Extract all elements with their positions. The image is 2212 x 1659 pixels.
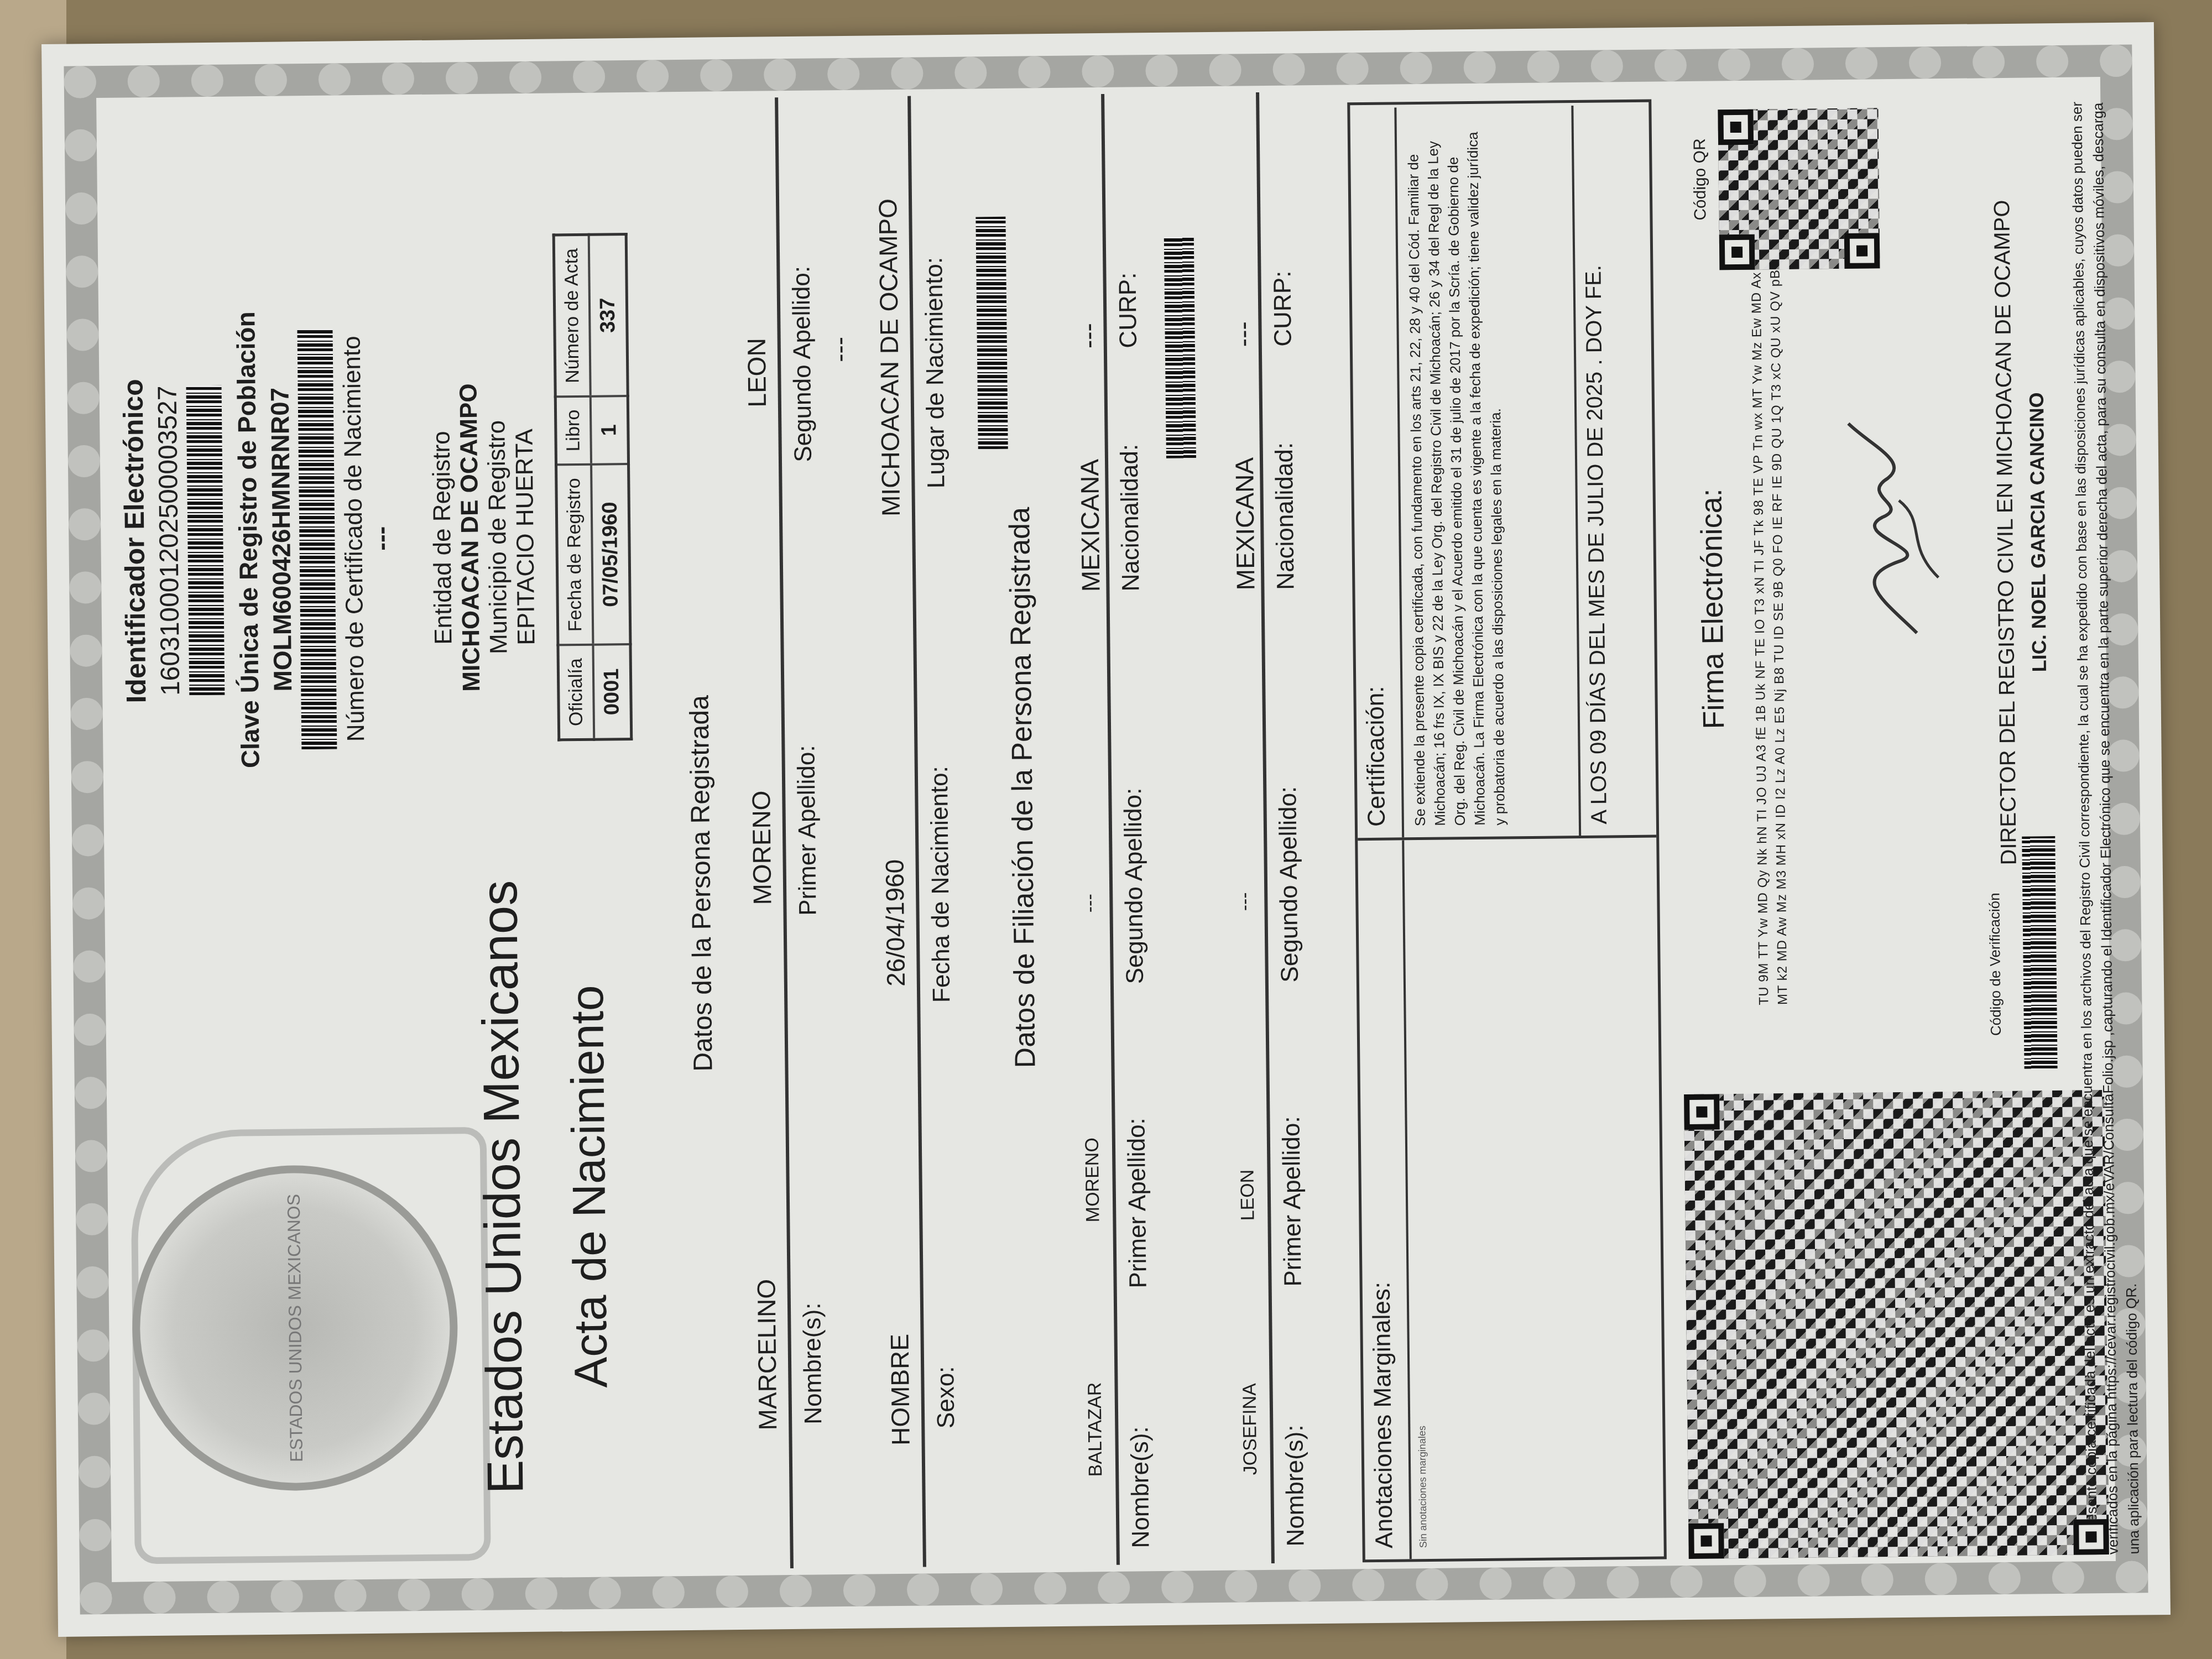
primer-apellido-label: Primer Apellido: (1123, 1118, 1152, 1288)
barcode-icon (1164, 237, 1196, 458)
lugar-nac-label: Lugar de Nacimiento: (920, 257, 950, 489)
curp-label: CURP: (1269, 270, 1297, 346)
table-cell: 337 (589, 234, 628, 396)
madre-curp: --- (1228, 321, 1258, 347)
nombre-label: Nombre(s): (1281, 1425, 1310, 1547)
filiacion-section-title: Datos de Filiación de la Persona Registr… (1003, 507, 1042, 1068)
country-title: Estados Unidos Mexicanos (471, 880, 535, 1494)
lugar-nac-value: MICHOACAN DE OCAMPO (873, 199, 906, 517)
director-name: LIC. NOEL GARCIA CANCINO (2022, 117, 2054, 947)
nacionalidad-label: Nacionalidad: (1271, 442, 1300, 590)
madre-nombre: JOSEFINA (1239, 1383, 1261, 1475)
curp-label: Clave Única de Registro de Población (229, 131, 267, 949)
primer-apellido-label: Primer Apellido: (792, 745, 822, 916)
certificacion-text: Se extiende la presente copia certificad… (1403, 123, 1510, 826)
nombre-label: Nombre(s): (1126, 1426, 1155, 1548)
barcode-icon (297, 329, 337, 750)
segundo-apellido-label: Segundo Apellido: (1274, 786, 1304, 983)
registro-table: Oficialía Fecha de Registro Libro Número… (552, 233, 633, 741)
barcode-icon (186, 385, 225, 696)
codigo-qr-label: Código QR (1691, 138, 1710, 221)
primer-apellido-label: Primer Apellido: (1277, 1116, 1307, 1287)
barcode-icon (975, 217, 1008, 450)
nacionalidad-label: Nacionalidad: (1116, 444, 1145, 592)
certificacion-label: Certificación: (1361, 686, 1391, 827)
segundo-apellido-label: Segundo Apellido: (787, 266, 817, 462)
padre-curp: --- (1073, 323, 1103, 349)
madre-nacionalidad: MEXICANA (1229, 457, 1261, 591)
identificador-label: Identificador Electrónico (114, 132, 155, 951)
fecha-nac-value: 26/04/1960 (880, 859, 911, 987)
director-title: DIRECTOR DEL REGISTRO CIVIL EN MICHOACAN… (1989, 118, 2023, 947)
fecha-nac-label: Fecha de Nacimiento: (926, 766, 956, 1003)
seal-text: ESTADOS UNIDOS MEXICANOS (138, 1171, 451, 1484)
qr-code-icon (1684, 1090, 2109, 1559)
madre-primer-apellido: LEON (1237, 1170, 1259, 1221)
certificacion-fecha: A LOS 09 DÍAS DEL MES DE JULIO DE 2025 .… (1580, 122, 1612, 824)
padre-nacionalidad: MEXICANA (1074, 459, 1106, 592)
small-qr-code-icon (1718, 108, 1880, 270)
anotaciones-label: Anotaciones Marginales: (1368, 1282, 1399, 1548)
document-title: Acta de Nacimiento (560, 985, 618, 1388)
nombre-label: Nombre(s): (799, 1302, 827, 1425)
identificador-value: 160310001202500003527 (150, 131, 189, 950)
table-cell: 07/05/1960 (591, 464, 630, 645)
primer-apellido-value: MORENO (746, 790, 777, 905)
table-header: Libro (555, 396, 591, 465)
sexo-label: Sexo: (932, 1366, 960, 1428)
padre-primer-apellido: MORENO (1082, 1138, 1104, 1222)
table-header: Número de Acta (554, 234, 591, 397)
madre-segundo-apellido: --- (1234, 892, 1255, 911)
table-cell: 1 (591, 396, 629, 465)
anotaciones-value: Sin anotaciones marginales (1416, 1426, 1429, 1548)
padre-block: BALTAZAR MORENO --- MEXICANA --- Nombre(… (1071, 92, 1252, 1565)
padre-nombre: BALTAZAR (1084, 1382, 1107, 1477)
nombre-value: MARCELINO (751, 1279, 782, 1431)
firma-code: TU 9M TT Yw MD Qy Nk hN TI JO UJ A3 fE 1… (1747, 258, 1792, 1005)
segundo-apellido-value: LEON (742, 338, 772, 408)
anotaciones-certificacion-box: Anotaciones Marginales: Sin anotaciones … (1347, 100, 1667, 1563)
national-seal-icon: ESTADOS UNIDOS MEXICANOS (131, 1164, 459, 1492)
curp-value: MOLM600426HMNRNR07 (262, 130, 300, 948)
curp-label: CURP: (1114, 272, 1142, 348)
table-cell: 0001 (593, 644, 631, 739)
signature-icon (1815, 411, 1961, 645)
birth-certificate-page: ESTADOS UNIDOS MEXICANOS Estados Unidos … (41, 22, 2171, 1637)
segundo-apellido-label: Segundo Apellido: (1119, 787, 1149, 984)
firma-label: Firma Electrónica: (1694, 488, 1731, 729)
madre-block: JOSEFINA LEON --- MEXICANA --- Nombre(s)… (1225, 92, 1352, 1564)
header-identifiers: Identificador Electrónico 16031000120250… (114, 128, 544, 951)
table-header: Fecha de Registro (556, 465, 593, 645)
persona-section-title: Datos de la Persona Registrada (684, 695, 718, 1072)
table-header: Oficialía (558, 645, 594, 740)
curp-blank: --- (825, 337, 854, 363)
sexo-value: HOMBRE (885, 1334, 916, 1446)
padre-segundo-apellido: --- (1079, 894, 1100, 912)
